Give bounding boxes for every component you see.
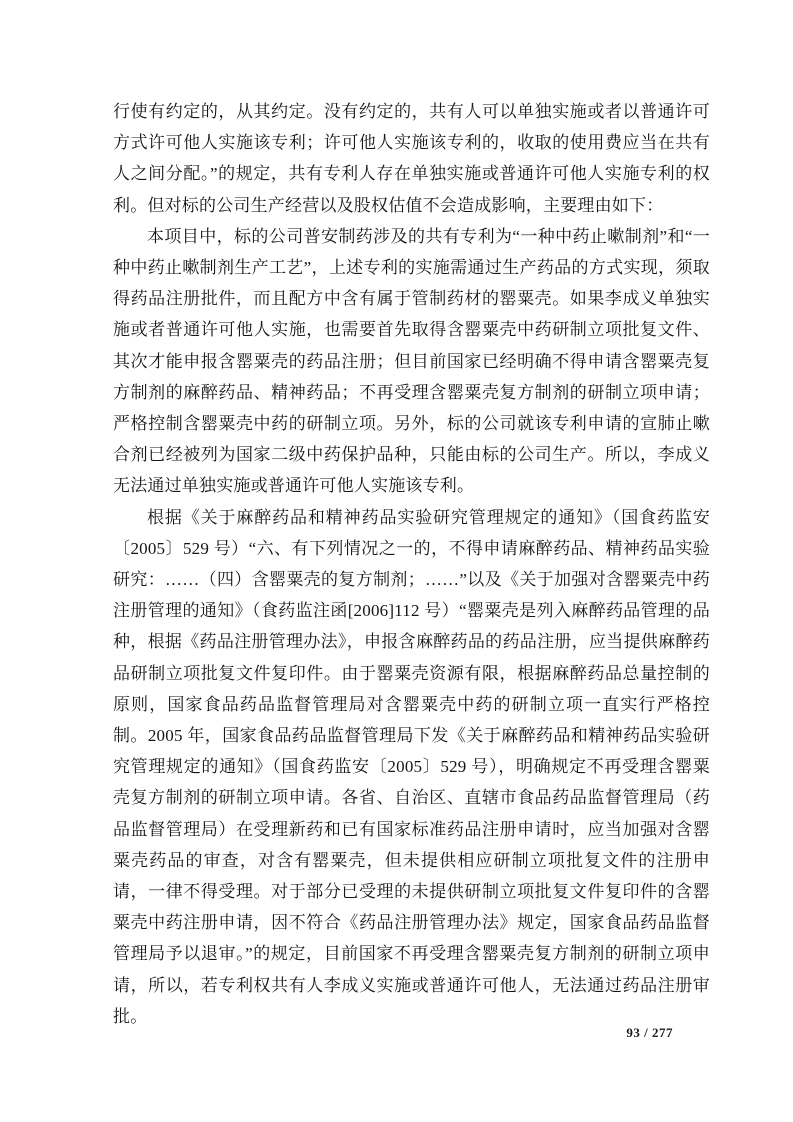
paragraph-continuation: 行使有约定的，从其约定。没有约定的，共有人可以单独实施或者以普通许可方式许可他人… — [113, 96, 710, 221]
paragraph-regulation-basis: 根据《关于麻醉药品和精神药品实验研究管理规定的通知》（国食药监安〔2005〕52… — [113, 502, 710, 1032]
page-number: 93 / 277 — [626, 1025, 673, 1041]
document-page: 行使有约定的，从其约定。没有约定的，共有人可以单独实施或者以普通许可方式许可他人… — [0, 0, 793, 1122]
paragraph-project-patents: 本项目中，标的公司普安制药涉及的共有专利为“一种中药止嗽制剂”和“一种中药止嗽制… — [113, 221, 710, 502]
document-body: 行使有约定的，从其约定。没有约定的，共有人可以单独实施或者以普通许可方式许可他人… — [113, 96, 710, 1032]
